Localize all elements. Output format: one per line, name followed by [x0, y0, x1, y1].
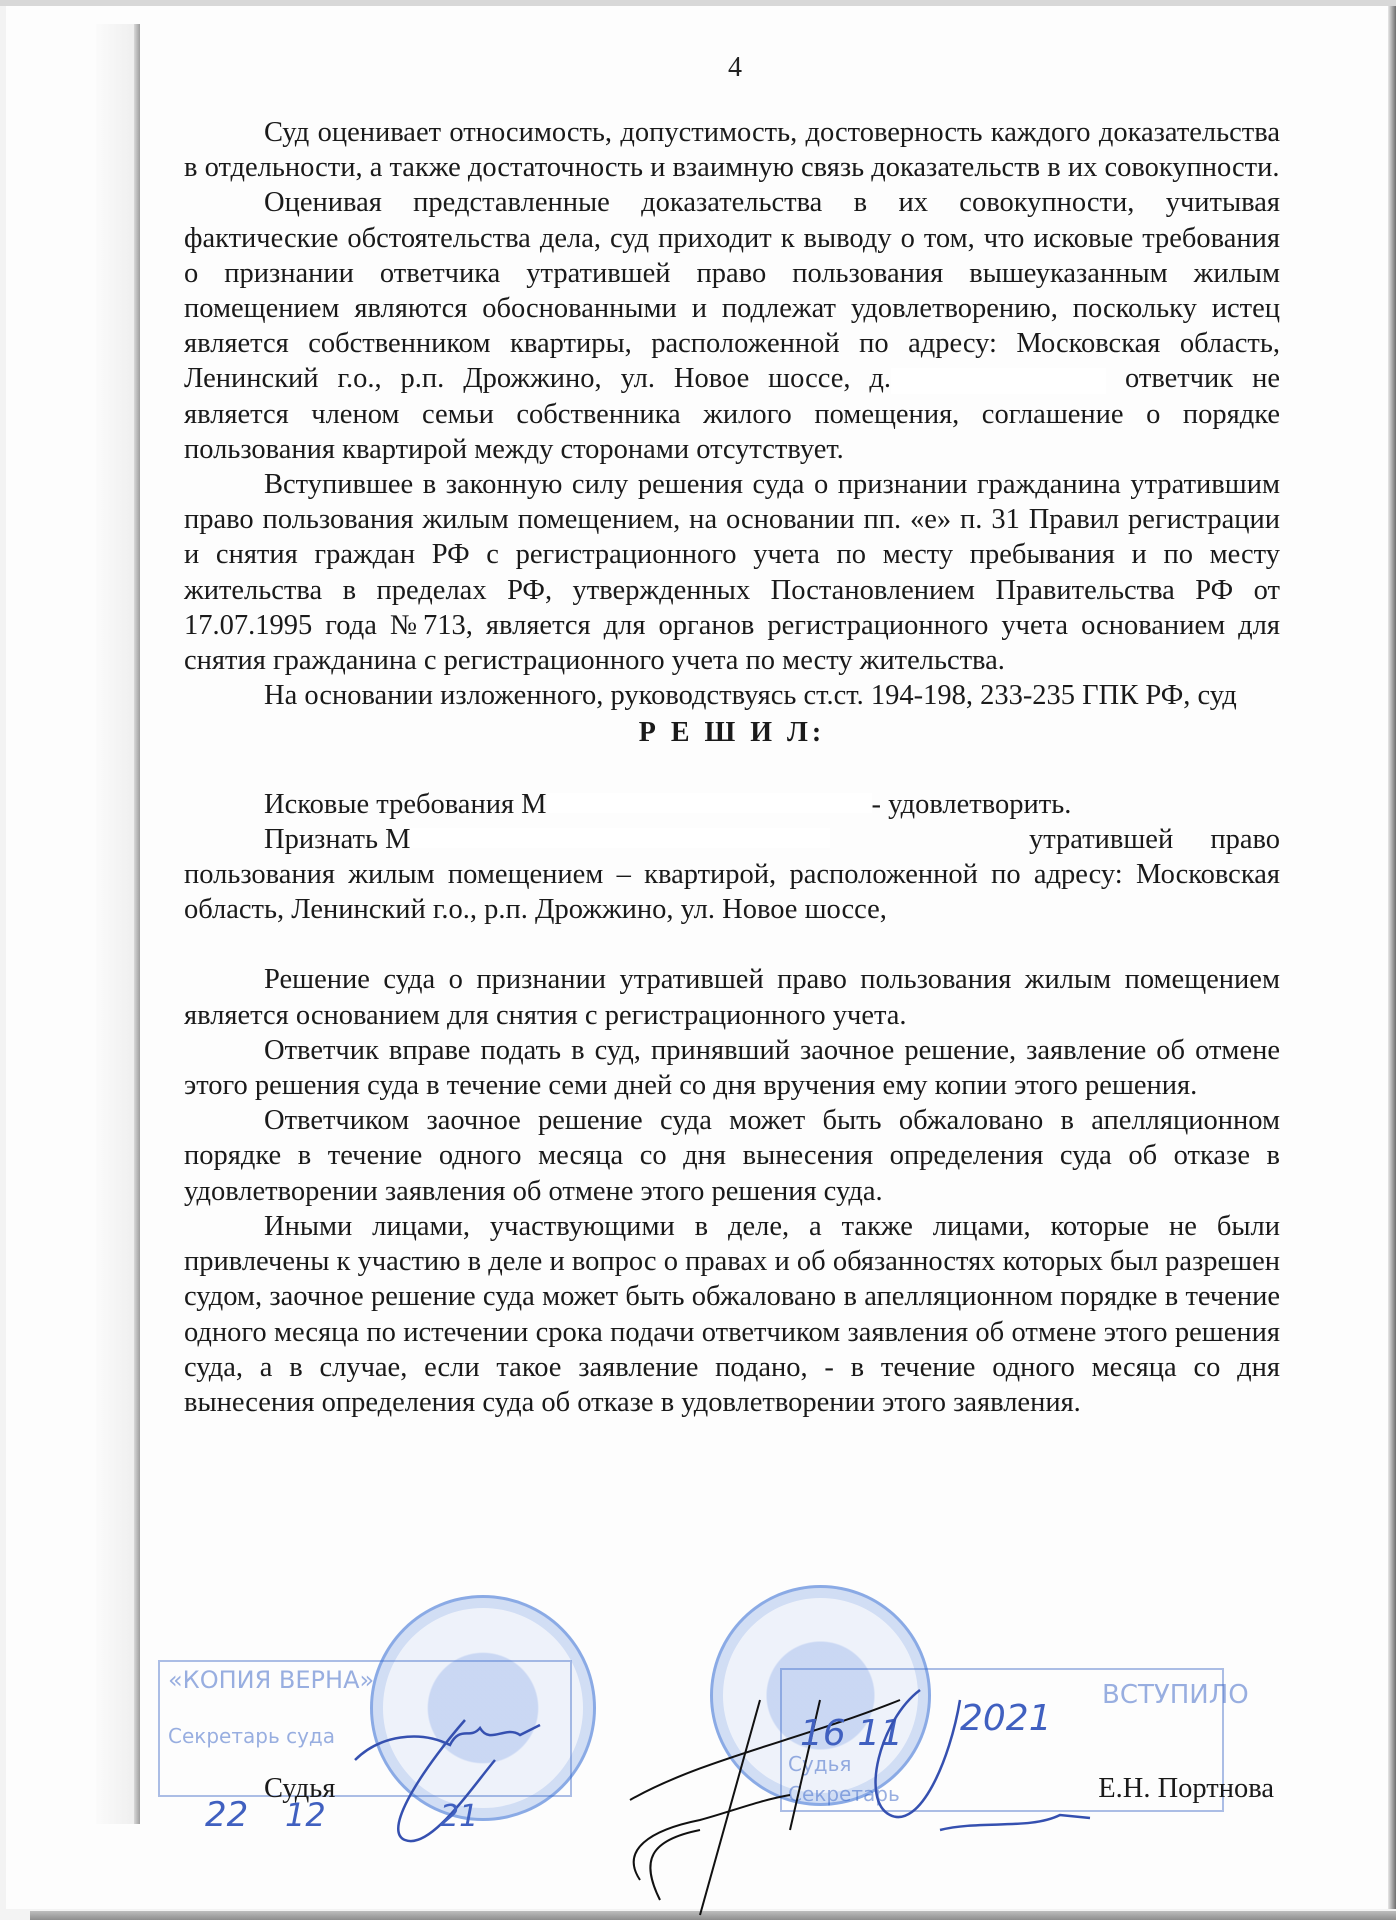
stamp-copy-title: «КОПИЯ ВЕРНА»	[168, 1666, 374, 1694]
document-body: Суд оценивает относимость, допустимость,…	[184, 115, 1280, 1420]
judge-name: Е.Н. Портнова	[1098, 1773, 1274, 1805]
decision-heading: Р Е Ш И Л:	[184, 715, 1280, 750]
decision-paragraph-cancellation: Ответчик вправе подать в суд, принявший …	[184, 1033, 1280, 1103]
scan-right-edge	[1388, 6, 1396, 1909]
court-seal-right	[710, 1585, 931, 1806]
paragraph-legal-basis: Вступившее в законную силу решения суда …	[184, 467, 1280, 678]
decision-paragraph-appeal-others: Иными лицами, участвующими в деле, а так…	[184, 1209, 1280, 1420]
redacted-plaintiff-name	[547, 793, 872, 813]
paragraph-conclusion: Оценивая представленные доказательства в…	[184, 185, 1280, 467]
redacted-line	[184, 927, 1280, 962]
paragraph-evaluation: Суд оценивает относимость, допустимость,…	[184, 115, 1280, 185]
claims-suffix: - удовлетворить.	[872, 789, 1072, 820]
redacted-defendant-name	[410, 828, 830, 848]
signature-label: Судья	[264, 1773, 335, 1805]
paragraph-conclusion-text: Оценивая представленные доказательства в…	[184, 187, 1280, 394]
page-number: 4	[728, 52, 742, 84]
decision-paragraph-appeal-defendant: Ответчиком заочное решение суда может бы…	[184, 1103, 1280, 1209]
recognize-suffix: утратившей право	[949, 822, 1280, 857]
court-seal-left	[370, 1595, 596, 1821]
stamp-secretary-label: Секретарь суда	[168, 1724, 335, 1748]
redacted-address	[891, 368, 1106, 394]
scan-bottom-edge	[30, 1911, 1396, 1920]
claims-prefix: Исковые требования М	[264, 789, 547, 820]
recognize-continuation: пользования жилым помещением – квартирой…	[184, 859, 1280, 925]
recognize-prefix: Признать М	[264, 824, 410, 855]
decision-claims: Исковые требования М- удовлетворить.	[184, 787, 1280, 822]
paragraph-grounds: На основании изложенного, руководствуясь…	[184, 678, 1280, 713]
binding-shadow	[96, 24, 134, 1824]
binding-edge	[134, 24, 140, 1824]
stamp-entered-title: ВСТУПИЛО	[1102, 1680, 1249, 1710]
decision-paragraph-deregistration: Решение суда о признании утратившей прав…	[184, 962, 1280, 1032]
decision-recognize: Признать Мутратившей правопользования жи…	[184, 822, 1280, 928]
